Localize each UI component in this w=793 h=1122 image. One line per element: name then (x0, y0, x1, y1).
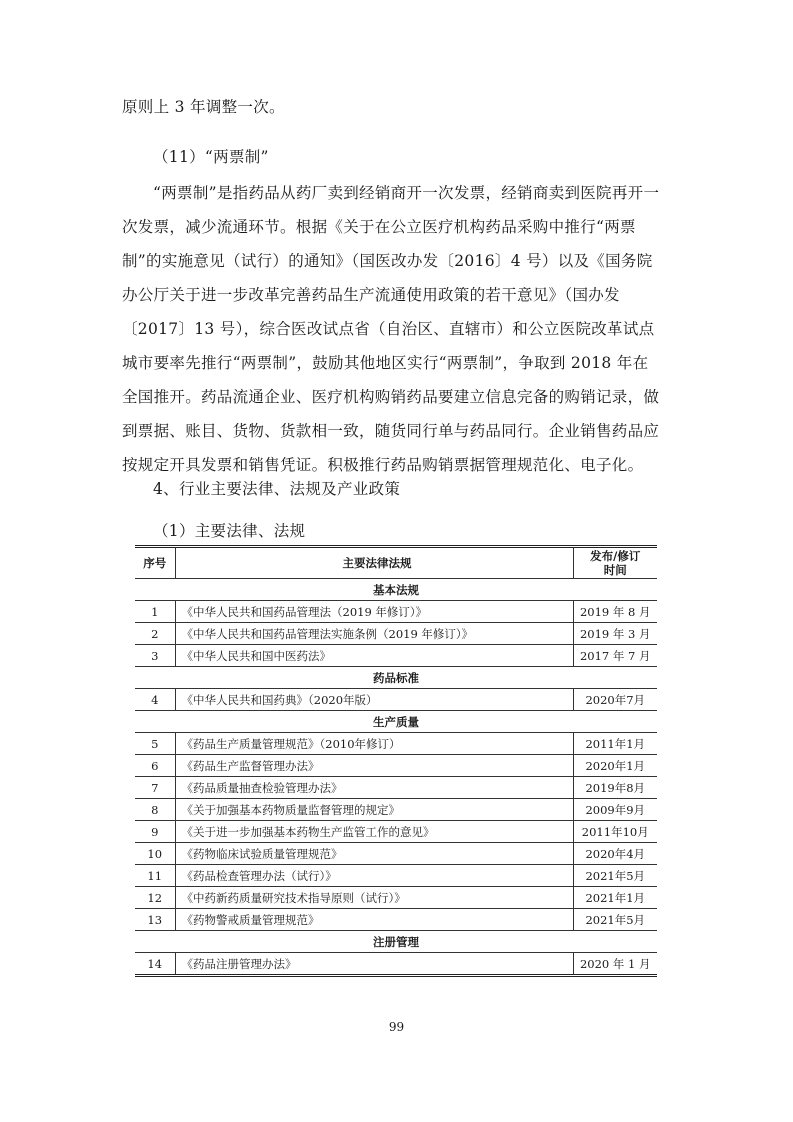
seq-cell: 13 (135, 909, 175, 931)
name-cell: 《药品生产质量管理规范》（2010年修订） (175, 733, 573, 755)
table-row: 1《中华人民共和国药品管理法（2019 年修订）》2019 年 8 月 (135, 601, 657, 623)
seq-cell: 7 (135, 777, 175, 799)
seq-cell: 3 (135, 645, 175, 667)
seq-cell: 8 (135, 799, 175, 821)
date-cell: 2009年9月 (573, 799, 657, 821)
table-row: 14《药品注册管理办法》2020 年 1 月 (135, 953, 657, 976)
category-row: 注册管理 (135, 931, 657, 953)
laws-table: 序号 主要法律法规 发布/修订时间 基本法规 1《中华人民共和国药品管理法（20… (135, 545, 657, 977)
date-cell: 2011年10月 (573, 821, 657, 843)
table-row: 12《中药新药质量研究技术指导原则（试行）》2021年1月 (135, 887, 657, 909)
table-header-row: 序号 主要法律法规 发布/修订时间 (135, 547, 657, 579)
name-cell: 《药品检查管理办法（试行）》 (175, 865, 573, 887)
header-name: 主要法律法规 (175, 547, 573, 579)
date-cell: 2021年5月 (573, 909, 657, 931)
category-row: 药品标准 (135, 667, 657, 689)
seq-cell: 12 (135, 887, 175, 909)
table-row: 4《中华人民共和国药典》（2020年版）2020年7月 (135, 689, 657, 711)
text-line: 原则上 3 年调整一次。 (122, 95, 285, 117)
name-cell: 《药物临床试验质量管理规范》 (175, 843, 573, 865)
date-cell: 2019 年 3 月 (573, 623, 657, 645)
table-row: 11《药品检查管理办法（试行）》2021年5月 (135, 865, 657, 887)
date-cell: 2011年1月 (573, 733, 657, 755)
seq-cell: 14 (135, 953, 175, 976)
seq-cell: 9 (135, 821, 175, 843)
table-row: 10《药物临床试验质量管理规范》2020年4月 (135, 843, 657, 865)
seq-cell: 11 (135, 865, 175, 887)
date-cell: 2020年1月 (573, 755, 657, 777)
category-row: 基本法规 (135, 579, 657, 601)
date-cell: 2021年5月 (573, 865, 657, 887)
name-cell: 《关于加强基本药物质量监督管理的规定》 (175, 799, 573, 821)
table-row: 9《关于进一步加强基本药物生产监管工作的意见》2011年10月 (135, 821, 657, 843)
seq-cell: 1 (135, 601, 175, 623)
name-cell: 《中华人民共和国药品管理法（2019 年修订）》 (175, 601, 573, 623)
name-cell: 《药品生产监督管理办法》 (175, 755, 573, 777)
table-row: 6《药品生产监督管理办法》2020年1月 (135, 755, 657, 777)
seq-cell: 5 (135, 733, 175, 755)
name-cell: 《中药新药质量研究技术指导原则（试行）》 (175, 887, 573, 909)
seq-cell: 2 (135, 623, 175, 645)
name-cell: 《药物警戒质量管理规范》 (175, 909, 573, 931)
name-cell: 《药品质量抽查检验管理办法》 (175, 777, 573, 799)
table-row: 8《关于加强基本药物质量监督管理的规定》2009年9月 (135, 799, 657, 821)
date-cell: 2020 年 1 月 (573, 953, 657, 976)
name-cell: 《药品注册管理办法》 (175, 953, 573, 976)
date-cell: 2017 年 7 月 (573, 645, 657, 667)
document-page: 原则上 3 年调整一次。 （11）“两票制” “两票制”是指药品从药厂卖到经销商… (0, 0, 793, 1122)
name-cell: 《关于进一步加强基本药物生产监管工作的意见》 (175, 821, 573, 843)
table-row: 7《药品质量抽查检验管理办法》2019年8月 (135, 777, 657, 799)
date-cell: 2019年8月 (573, 777, 657, 799)
seq-cell: 4 (135, 689, 175, 711)
seq-cell: 10 (135, 843, 175, 865)
name-cell: 《中华人民共和国中医药法》 (175, 645, 573, 667)
table-row: 13《药物警戒质量管理规范》2021年5月 (135, 909, 657, 931)
sub-heading: （1）主要法律、法规 (153, 519, 305, 541)
table-row: 2《中华人民共和国药品管理法实施条例（2019 年修订）》2019 年 3 月 (135, 623, 657, 645)
table-row: 3《中华人民共和国中医药法》2017 年 7 月 (135, 645, 657, 667)
date-cell: 2019 年 8 月 (573, 601, 657, 623)
seq-cell: 6 (135, 755, 175, 777)
date-cell: 2021年1月 (573, 887, 657, 909)
section-heading: 4、行业主要法律、法规及产业政策 (153, 477, 400, 499)
date-cell: 2020年7月 (573, 689, 657, 711)
subsection-heading: （11）“两票制” (153, 145, 269, 167)
date-cell: 2020年4月 (573, 843, 657, 865)
header-seq: 序号 (135, 547, 175, 579)
name-cell: 《中华人民共和国药品管理法实施条例（2019 年修订）》 (175, 623, 573, 645)
table-row: 5《药品生产质量管理规范》（2010年修订）2011年1月 (135, 733, 657, 755)
category-row: 生产质量 (135, 711, 657, 733)
name-cell: 《中华人民共和国药典》（2020年版） (175, 689, 573, 711)
header-date: 发布/修订时间 (573, 547, 657, 579)
page-number: 99 (0, 1020, 793, 1034)
body-paragraph: “两票制”是指药品从药厂卖到经销商开一次发票，经销商卖到医院再开一次发票，减少流… (122, 176, 662, 482)
